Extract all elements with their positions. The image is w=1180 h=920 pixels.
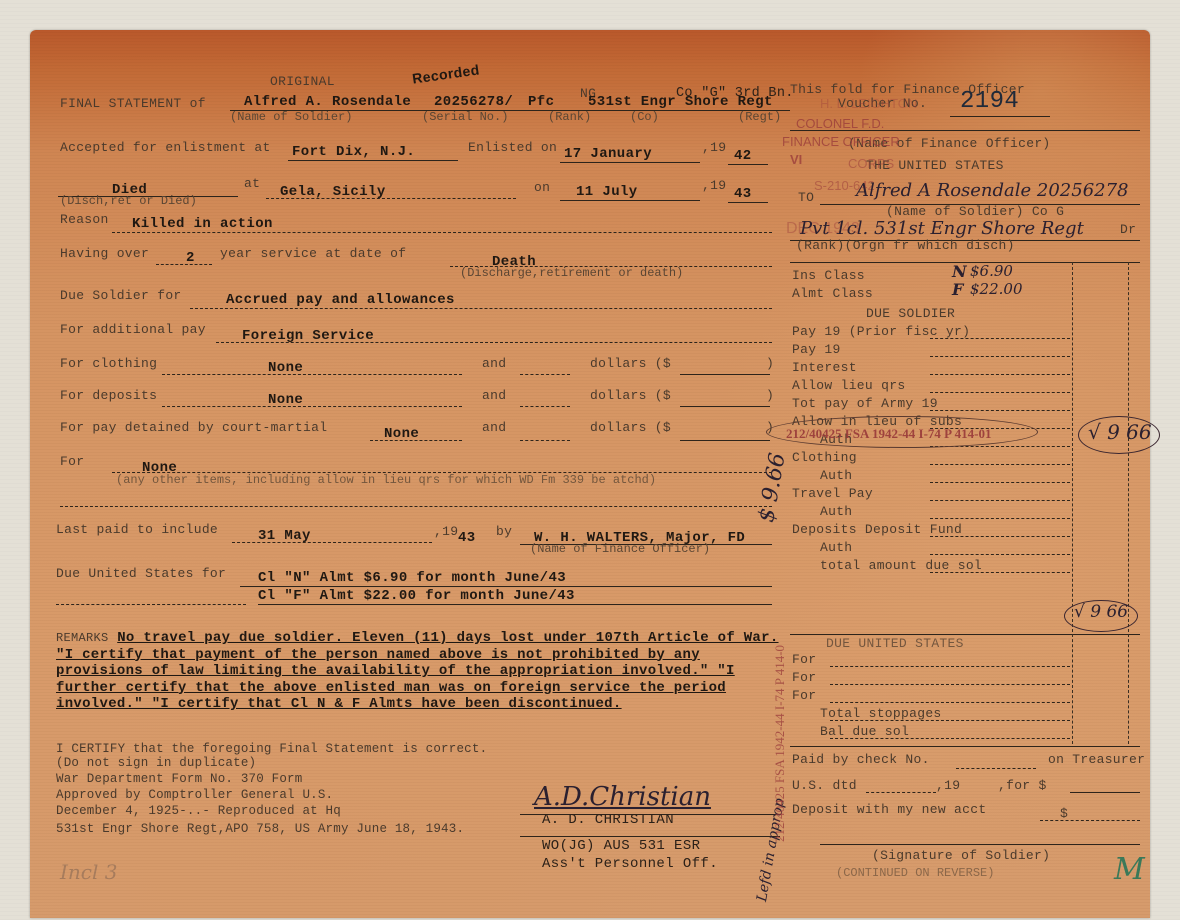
deposit-dollar: $ [1060, 806, 1068, 821]
ledger-row-line [930, 536, 1070, 537]
death-year-line [728, 202, 768, 203]
deduction-label: For pay detained by court-martial [60, 420, 327, 435]
ledger-row-label: Pay 19 (Prior fisc yr) [792, 324, 970, 339]
stamp-corps-number: VI [790, 152, 802, 167]
title-label: FINAL STATEMENT of [60, 96, 206, 111]
almt-class: F [952, 280, 963, 299]
final-statement-form: ORIGINAL Recorded NG Co "G" 3rd Bn. FINA… [30, 30, 1150, 918]
deduction-label: For deposits [60, 388, 157, 403]
green-initials: M [1114, 852, 1145, 887]
ledger-row-label: Auth [820, 504, 852, 519]
for-line [1070, 792, 1140, 793]
enlistment-year: 42 [734, 148, 752, 164]
additional-pay-label: For additional pay [60, 322, 206, 337]
margin-amount: $ 9.66 [754, 451, 791, 524]
service-years-line [156, 264, 212, 265]
ledger-row-label: Travel Pay [792, 486, 873, 501]
due-us-underline-1 [240, 586, 772, 587]
due-us-label: Due United States for [56, 566, 226, 581]
caption-name: (Name of Soldier) [230, 110, 352, 124]
ledger-row-line [930, 410, 1070, 411]
death-year: 43 [734, 186, 752, 202]
death-date-line [560, 200, 700, 201]
last-paid-year: 43 [458, 530, 476, 546]
deposit-label: Deposit with my new acct [792, 802, 986, 817]
due-us-top-line [790, 634, 1140, 635]
due-soldier-value: Accrued pay and allowances [226, 292, 455, 308]
due-soldier-label: Due Soldier for [60, 288, 182, 303]
death-place-line [266, 198, 516, 199]
us-col-1 [1072, 634, 1073, 744]
close-paren: ) [766, 388, 774, 403]
service-caption: (Discharge,retirement or death) [460, 266, 683, 280]
check-no-line [956, 768, 1036, 769]
name-caption: (Name of Soldier) Co G [886, 204, 1064, 219]
dtd-line [866, 792, 936, 793]
separator-line [60, 506, 772, 507]
us-row-label: Total stoppages [820, 706, 942, 721]
deduction-label: For clothing [60, 356, 157, 371]
and-line [520, 406, 570, 407]
soldier-signature-caption: (Signature of Soldier) [872, 848, 1050, 863]
almt-class-label: Almt Class [792, 286, 873, 301]
remarks-label: REMARKS [56, 631, 109, 645]
us-row-line [830, 738, 1070, 739]
certify-text: I CERTIFY that the foregoing Final State… [56, 742, 487, 756]
status-caption: (Disch,ret or Died) [60, 194, 197, 208]
us-row-label: For [792, 652, 816, 667]
signer-title-2: Ass't Personnel Off. [542, 856, 718, 872]
ledger-row-label: Auth [820, 540, 852, 555]
serial-number: 20256278/ [434, 94, 513, 110]
due-us-underline-2 [258, 604, 772, 605]
us-dtd-label: U.S. dtd [792, 778, 857, 793]
remarks-block: REMARKS No travel pay due soldier. Eleve… [56, 630, 786, 713]
remarks-text: No travel pay due soldier. Eleven (11) d… [56, 630, 779, 712]
deposit-line [1040, 820, 1140, 821]
stamp-corps: CORPS [848, 156, 894, 171]
appropriation-stamp-vertical: 212/40425 FSA 1942-44 I-74 P 414-0 [772, 645, 788, 842]
deduction-line [162, 406, 462, 407]
soldier-signature-line [820, 844, 1140, 845]
enlistment-place: Fort Dix, N.J. [292, 144, 415, 160]
and-line [520, 374, 570, 375]
us-row-label: For [792, 670, 816, 685]
enlistment-label: Accepted for enlistment at [60, 140, 271, 155]
enlistment-year-prefix: ,19 [702, 140, 726, 155]
stamp-rank: COLONEL F.D. [796, 116, 884, 131]
repro-loc-text: 531st Engr Shore Regt,APO 758, US Army J… [56, 822, 464, 836]
to-label: TO [798, 190, 814, 205]
signer-line [520, 836, 780, 837]
due-us-line-2: Cl "F" Almt $22.00 for month June/43 [258, 588, 575, 604]
other-label: For [60, 454, 84, 469]
for-label: ,for $ [998, 778, 1047, 793]
ledger-row-line [930, 500, 1070, 501]
ledger-row-line [930, 572, 1070, 573]
enlistment-year-line [728, 164, 768, 165]
us-row-line [830, 702, 1070, 703]
close-paren: ) [766, 356, 774, 371]
no-sign-text: (Do not sign in duplicate) [56, 756, 256, 770]
ledger-row-line [930, 356, 1070, 357]
dtd-year-prefix: ,19 [936, 778, 960, 793]
voucher-line [950, 116, 1050, 117]
soldier-name: Alfred A. Rosendale [244, 94, 411, 110]
reason-line [112, 232, 772, 233]
us-row-line [830, 684, 1070, 685]
us-row-line [830, 666, 1070, 667]
and-line [520, 440, 570, 441]
us-row-label: Bal due sol [820, 724, 909, 739]
ledger-row-label: total amount due sol [820, 558, 982, 573]
handwritten-initials: Incl 3 [60, 860, 117, 884]
appropriation-stamp: 212/40425 FSA 1942-44 I-74 P 414-01 [786, 426, 991, 442]
due-soldier-heading: DUE SOLDIER [866, 306, 955, 321]
ledger-row-line [930, 554, 1070, 555]
stamp-name: H. L. LEIGHTON [820, 96, 917, 111]
dollars-line [680, 440, 770, 441]
form-text: War Department Form No. 370 Form [56, 772, 302, 786]
and-label: and [482, 356, 506, 371]
deduction-line [370, 440, 462, 441]
ledger-row-line [930, 392, 1070, 393]
ledger-row-line [930, 338, 1070, 339]
us-col-2 [1128, 634, 1129, 744]
continued-note: (CONTINUED ON REVERSE) [836, 866, 994, 880]
ledger-row-line [930, 482, 1070, 483]
ledger-row-label: Tot pay of Army 19 [792, 396, 938, 411]
on-label: on [534, 180, 550, 195]
ledger-row-line [930, 464, 1070, 465]
dollars-label: dollars ($ [590, 356, 671, 371]
last-paid-year-prefix: ,19 [434, 524, 458, 539]
rank-caption: (Rank)(Orgn fr which disch) [796, 238, 1015, 253]
and-label: and [482, 388, 506, 403]
approved-text: Approved by Comptroller General U.S. [56, 788, 333, 802]
due-us-heading: DUE UNITED STATES [826, 636, 964, 651]
date-repro-text: December 4, 1925-..- Reproduced at Hq [56, 804, 341, 818]
service-label-after: year service at date of [220, 246, 406, 261]
deduction-line [162, 374, 462, 375]
on-treasurer-label: on Treasurer [1048, 752, 1145, 767]
ledger-row-line [930, 374, 1070, 375]
us-row-line [830, 720, 1070, 721]
caption-regt: (Regt) [738, 110, 781, 124]
ledger-row-line [930, 518, 1070, 519]
ledger-col-1 [1072, 262, 1073, 632]
paid-by-check-label: Paid by check No. [792, 752, 930, 767]
paid-top-line [790, 746, 1140, 747]
ledger-row-label: Interest [792, 360, 857, 375]
ins-amount: $6.90 [970, 262, 1013, 280]
check-mark-1: √ 9 66 [1088, 420, 1152, 444]
officer-signature: A.D.Christian [534, 782, 711, 812]
rank-org-handwritten: Pvt 1cl. 531st Engr Shore Regt [800, 218, 1084, 239]
us-row-label: For [792, 688, 816, 703]
ins-class-label: Ins Class [792, 268, 865, 283]
ledger-row-label: Auth [820, 468, 852, 483]
caption-serial: (Serial No.) [422, 110, 508, 124]
officer-caption: (Name of Finance Officer) [530, 542, 710, 556]
death-date: 11 July [576, 184, 638, 200]
and-label: and [482, 420, 506, 435]
ledger-row-label: Clothing [792, 450, 857, 465]
last-paid-label: Last paid to include [56, 522, 218, 537]
ins-class: N [952, 262, 967, 281]
caption-co: (Co) [630, 110, 659, 124]
death-year-prefix: ,19 [702, 178, 726, 193]
other-caption: (any other items, including allow in lie… [116, 473, 656, 487]
regiment: 531st Engr Shore Regt [588, 94, 773, 110]
enlisted-label: Enlisted on [468, 140, 557, 155]
enlistment-place-line [288, 160, 458, 161]
dr-label: Dr [1120, 222, 1136, 237]
service-label-before: Having over [60, 246, 149, 261]
ledger-row-label: Pay 19 [792, 342, 841, 357]
stamp-office: FINANCE OFFICER [782, 134, 900, 149]
rank: Pfc [528, 94, 554, 110]
dollars-label: dollars ($ [590, 420, 671, 435]
by-label: by [496, 524, 512, 539]
due-soldier-line [190, 308, 772, 309]
enlistment-date: 17 January [564, 146, 652, 162]
voucher-number: 2194 [960, 88, 1019, 115]
check-mark-2: √ 9 66 [1074, 602, 1128, 622]
dollars-line [680, 374, 770, 375]
dollars-line [680, 406, 770, 407]
dollars-label: dollars ($ [590, 388, 671, 403]
signer-title-1: WO(JG) AUS 531 ESR [542, 838, 700, 854]
original-label: ORIGINAL [270, 74, 335, 89]
at-label: at [244, 176, 260, 191]
reason-label: Reason [60, 212, 109, 227]
due-us-line-1: Cl "N" Almt $6.90 for month June/43 [258, 570, 566, 586]
caption-rank: (Rank) [548, 110, 591, 124]
to-name-handwritten: Alfred A Rosendale 20256278 [856, 180, 1129, 201]
ledger-row-label: Allow lieu qrs [792, 378, 905, 393]
last-paid-line [232, 542, 432, 543]
reason-value: Killed in action [132, 216, 273, 232]
almt-amount: $22.00 [970, 280, 1023, 298]
additional-pay-line [216, 342, 772, 343]
recorded-stamp: Recorded [411, 61, 480, 86]
signer-name: A. D. CHRISTIAN [542, 812, 674, 828]
enlistment-date-line [560, 162, 700, 163]
due-us-left-line [56, 604, 246, 605]
ledger-row-label: Deposits Deposit Fund [792, 522, 962, 537]
